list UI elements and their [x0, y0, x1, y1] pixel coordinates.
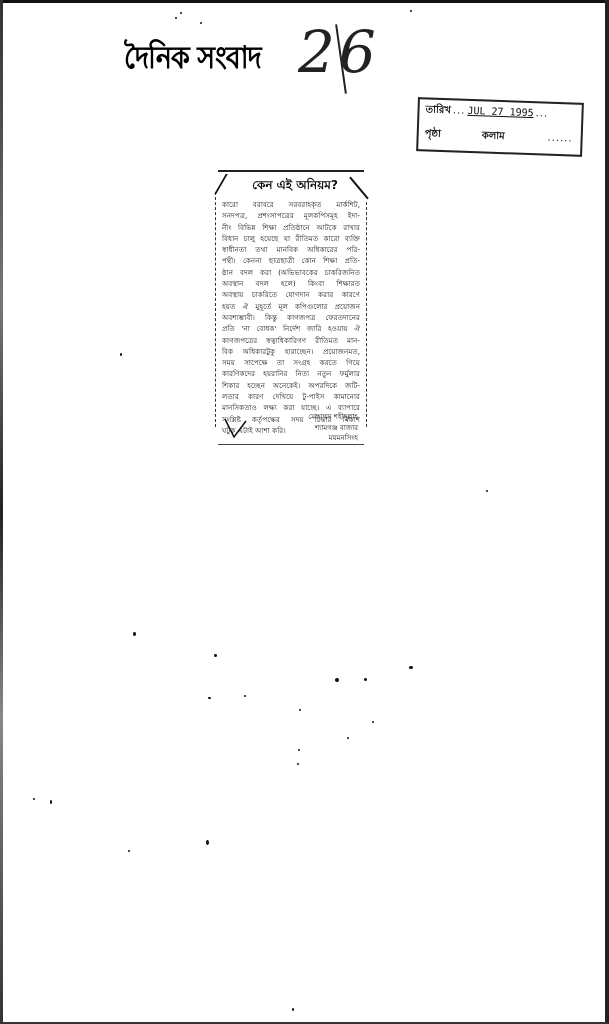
scan-speck — [214, 654, 217, 657]
scan-speck — [298, 749, 300, 751]
article-line: সময় সাপেক্ষে তা সংগ্রহ করতে গিয়ে — [222, 357, 360, 368]
scan-speck — [486, 490, 488, 492]
stamp-dots: ... — [453, 105, 466, 116]
scan-speck — [409, 666, 413, 669]
article-line: অবশ্যম্ভাবী। কিন্তু কাগজপত্র ফেরতদানের — [222, 312, 360, 323]
scan-border-top — [0, 0, 609, 3]
newspaper-clipping: কেন এই অনিয়ম? কারো বরাবরে সরবরাহকৃত মার… — [218, 170, 364, 445]
stamp-dots: ...... — [547, 133, 572, 145]
scan-speck — [297, 763, 299, 765]
stamp-page-row: পৃষ্ঠা কলাম ...... — [424, 126, 575, 148]
article-line: কারণিকদের হয়রানির নিত্য নতুন ফর্মুলার — [222, 368, 360, 379]
scan-border-left — [0, 0, 3, 1024]
article-line: কাগজপত্রের স্বত্বাধিকারিগণ রীতিমত মান- — [222, 335, 360, 346]
stamp-column-label: কলাম — [481, 128, 504, 146]
stamp-date-value: JUL 27 1995 — [467, 106, 534, 119]
scan-speck — [33, 798, 35, 800]
article-line: পন্থী। কেননা ছাত্রছাত্রী কোন শিক্ষা প্রত… — [222, 255, 360, 266]
article-line: অবস্থায় চাকরিতে যোগদান করার কারণে — [222, 289, 360, 300]
scan-speck — [200, 22, 202, 24]
handwritten-archive-number: 26 — [298, 18, 380, 86]
article-line: কারো বরাবরে সরবরাহকৃত মার্কশিট, — [222, 199, 360, 210]
scan-speck — [128, 850, 130, 852]
scan-speck — [335, 678, 339, 682]
v-corner-mark-icon — [224, 417, 248, 439]
stamp-dots: ... — [535, 108, 548, 119]
scan-border-right — [605, 0, 609, 1024]
author-name: মোহাম্মদ শহীদুল্লাহ — [308, 412, 358, 423]
scan-speck — [133, 632, 136, 636]
scan-speck — [372, 721, 374, 723]
article-line: স্বাধীনতা তথা মানবিক অধিকারের পরি- — [222, 244, 360, 255]
scan-speck — [299, 709, 301, 711]
article-body: কারো বরাবরে সরবরাহকৃত মার্কশিট,সনদপত্র, … — [218, 197, 364, 436]
scan-speck — [180, 12, 182, 14]
scan-speck — [206, 840, 209, 845]
author-address-line2: ময়মনসিংহ — [308, 433, 358, 444]
scan-speck — [175, 17, 177, 19]
author-address-line1: শ্যামগঞ্জ বাজার — [308, 423, 358, 434]
article-line: অবস্থান বদল হলে) কিংবা শিক্ষারত — [222, 278, 360, 289]
article-line: ষ্ঠান বদল করা (অভিভাবকের চাকরিজনিত — [222, 267, 360, 278]
article-line: নীং বিভিন্ন শিক্ষা প্রতিষ্ঠানে আটকে রাখা… — [222, 222, 360, 233]
article-line: বিধান চালু হয়েছে যা রীতিমত কারো ব্যক্তি — [222, 233, 360, 244]
stamp-page-label: পৃষ্ঠা — [424, 126, 441, 144]
article-line: প্রতি 'না বোধক' নির্দেশ জারি হওয়ায় ঐ — [222, 323, 360, 334]
article-line: হয়ত ঐ মুহূর্তে মূল কপিগুলোর প্রয়োজন — [222, 301, 360, 312]
scan-speck — [347, 737, 349, 739]
article-line: বিক অধিকারটুকু হারাচ্ছেন। প্রয়োজনমত, — [222, 346, 360, 357]
stamp-date-row: তারিখ ... JUL 27 1995 ... — [425, 102, 576, 124]
scan-speck — [120, 353, 122, 356]
scan-speck — [292, 1008, 294, 1011]
article-line: সনদপত্র, প্রশংসাপত্রের মূলকপিসমূহ ইদা- — [222, 210, 360, 221]
scan-speck — [50, 800, 52, 804]
scan-speck — [244, 695, 246, 697]
article-line: লতার কারণ দেখিয়ে টু-পাইস কামানোর — [222, 391, 360, 402]
article-line: শিকার হচ্ছেন অনেকেই। অপরদিকে জটি- — [222, 380, 360, 391]
newspaper-masthead: দৈনিক সংবাদ — [124, 35, 261, 87]
clipping-torn-edge-left — [215, 192, 217, 427]
scan-speck — [364, 678, 367, 681]
article-signature: মোহাম্মদ শহীদুল্লাহ শ্যামগঞ্জ বাজার ময়ম… — [308, 412, 358, 444]
stamp-date-label: তারিখ — [425, 102, 451, 120]
scan-speck — [208, 697, 211, 699]
date-stamp: তারিখ ... JUL 27 1995 ... পৃষ্ঠা কলাম ..… — [416, 97, 584, 157]
scan-speck — [410, 10, 412, 12]
clipping-torn-edge-right — [365, 202, 367, 427]
